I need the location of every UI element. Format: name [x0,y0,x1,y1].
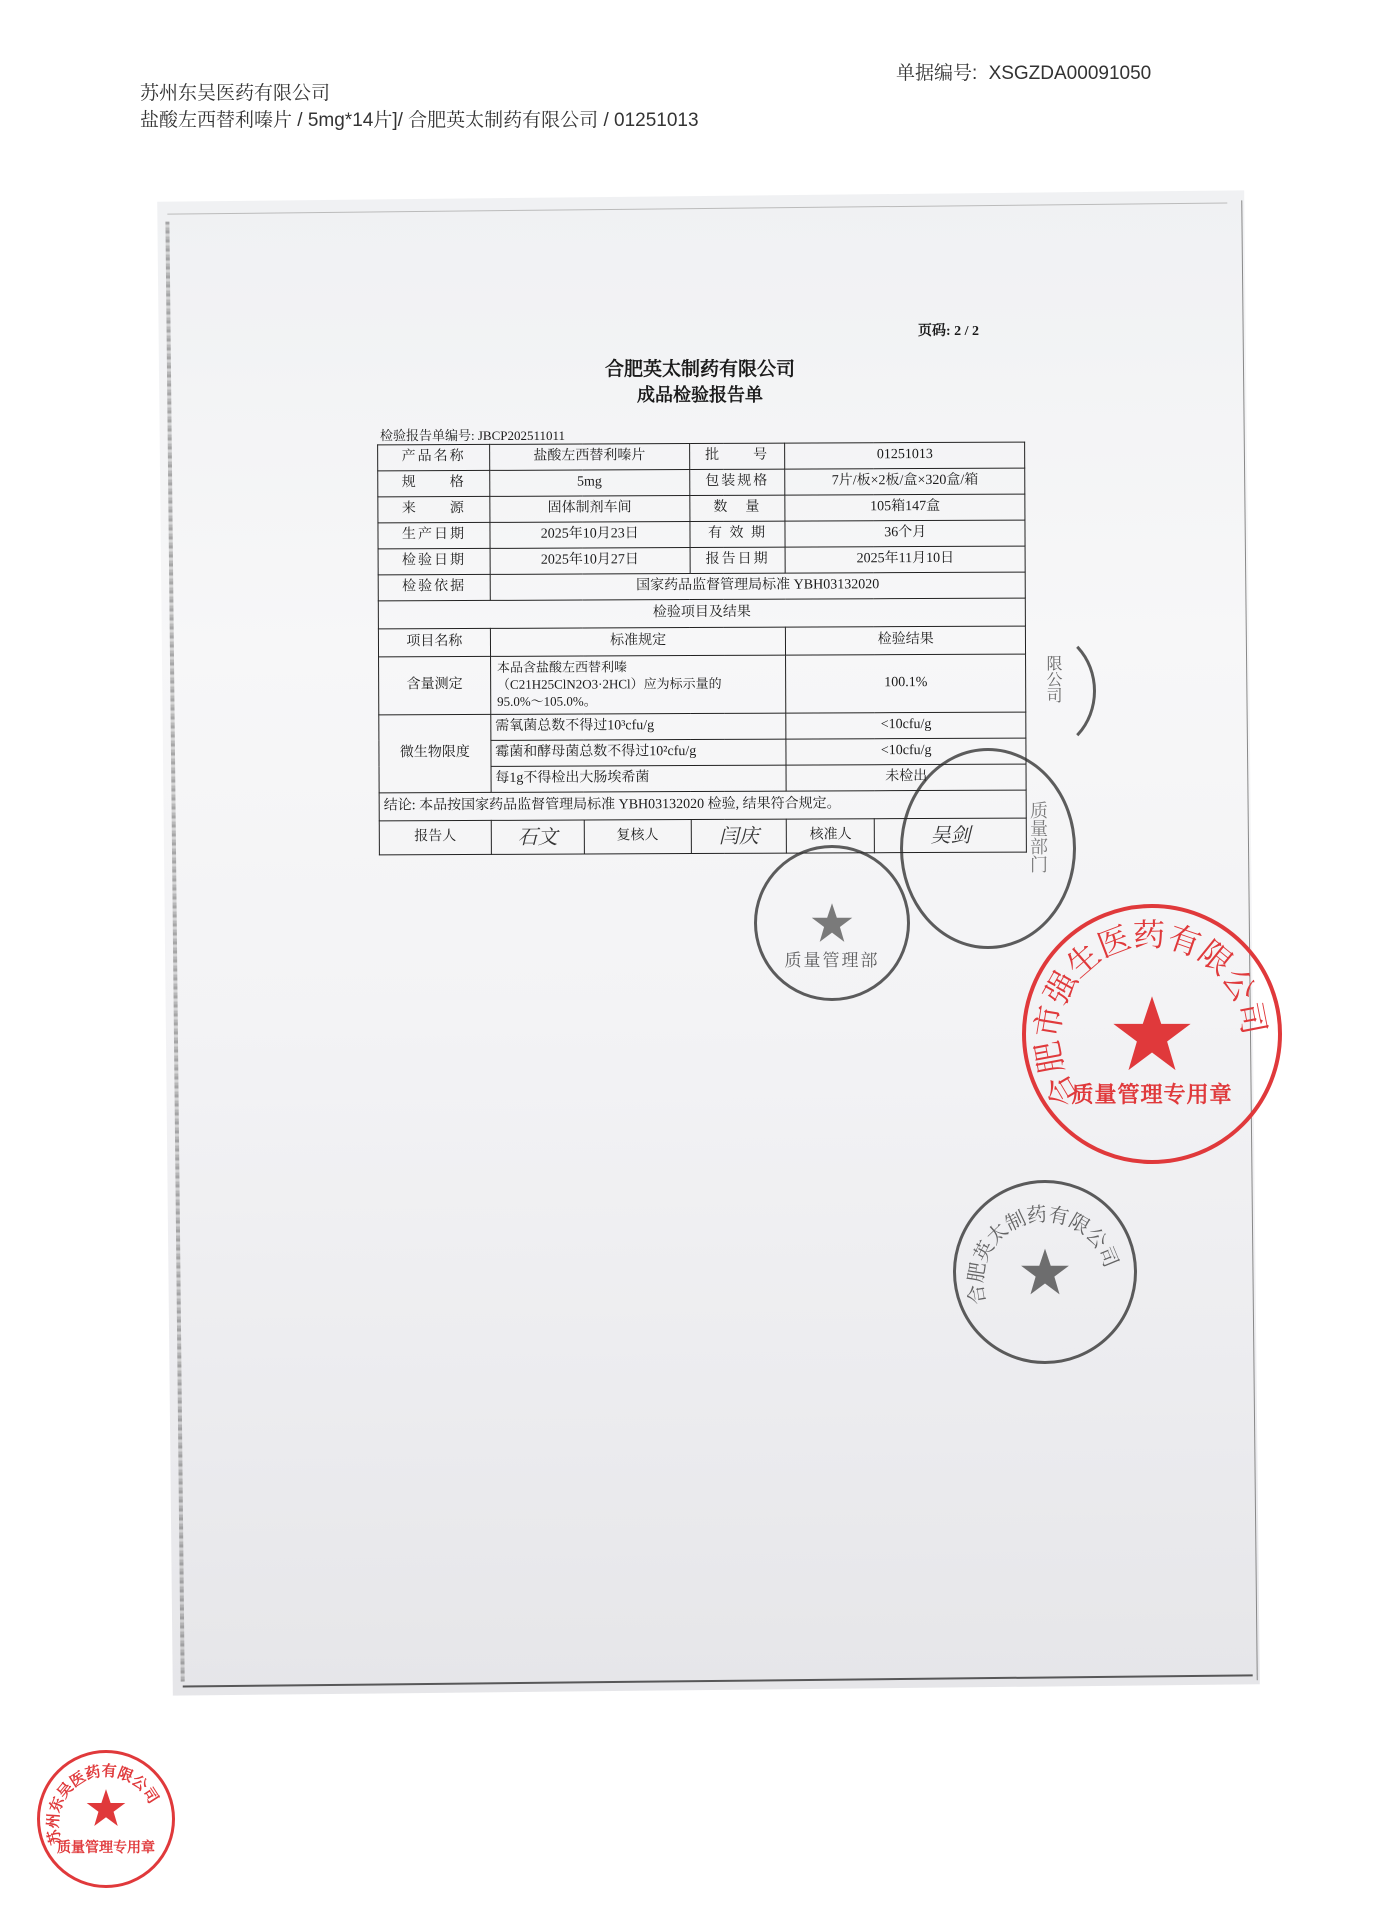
gray-stamp-right-text: 质量部门 [1025,801,1051,873]
gray-stamp-partial-text: 限公司 [1041,655,1064,703]
document-number-value: XSGZDA00091050 [989,63,1152,84]
scan-edge-bottom [183,1674,1253,1687]
section-title: 检验项目及结果 [378,598,1025,629]
micro-standard: 需氧菌总数不得过10³cfu/g [491,713,787,740]
red-stamp-main-bottom: 质量管理专用章 [1026,1078,1278,1109]
red-stamp-corner-arc: 苏州东吴医药有限公司 [40,1753,172,1885]
star-icon [810,901,854,945]
basis-value: 国家药品监督管理局标准 YBH03132020 [490,572,1025,600]
document-number: 单据编号: XSGZDA00091050 [896,58,1151,85]
info-label: 检验日期 [378,548,490,574]
test-row-micro: 微生物限度 需氧菌总数不得过10³cfu/g <10cfu/g [379,712,1026,741]
info-label: 报告日期 [690,547,786,573]
basis-row: 检验依据 国家药品监督管理局标准 YBH03132020 [378,572,1025,601]
report-number: 检验报告单编号: JBCP202511011 [380,425,565,444]
info-label: 批 号 [689,443,785,469]
test-row-assay: 含量测定 本品含盐酸左西替利嗪 （C21H25ClN2O3·2HCl）应为标示量… [379,654,1026,714]
info-row: 产品名称盐酸左西替利嗪片批 号01251013 [378,442,1025,471]
info-value: 盐酸左西替利嗪片 [489,444,689,471]
info-value: 105箱147盒 [785,494,1025,521]
scan-edge-left [165,222,184,1682]
reviewer-label: 复核人 [584,819,691,853]
info-label: 来 源 [378,496,490,522]
company-name: 苏州东吴医药有限公司 [140,78,330,105]
column-header-row: 项目名称 标准规定 检验结果 [378,626,1025,657]
red-stamp-main-arc: 合肥市强生医药有限公司 [1026,908,1278,1160]
gray-stamp-bottom-arc: 合肥英太制药有限公司 [956,1183,1134,1361]
info-value: 5mg [490,470,690,497]
section-row: 检验项目及结果 [378,598,1025,629]
gray-stamp-qa: 质量管理部 [754,845,910,1001]
info-value: 2025年11月10日 [785,546,1025,573]
info-label: 生产日期 [378,522,490,548]
svg-text:苏州东吴医药有限公司: 苏州东吴医药有限公司 [44,1762,163,1847]
info-value: 7片/板×2板/盒×320盒/箱 [785,468,1025,495]
standard-line: 95.0%～105.0%。 [497,692,780,710]
info-label: 产品名称 [378,444,490,470]
standard-line: （C21H25ClN2O3·2HCl）应为标示量的 [497,676,780,694]
red-stamp-corner: 苏州东吴医药有限公司 质量管理专用章 [37,1750,175,1888]
micro-standard: 霉菌和酵母菌总数不得过10²cfu/g [491,739,787,766]
reporter-label: 报告人 [379,820,491,854]
micro-standard: 每1g不得检出大肠埃希菌 [491,765,787,792]
product-line: 盐酸左西替利嗪片 / 5mg*14片]/ 合肥英太制药有限公司 / 012510… [140,105,699,132]
red-stamp-main: 合肥市强生医药有限公司 质量管理专用章 [1022,904,1282,1164]
report-number-label: 检验报告单编号: [380,428,475,443]
gray-stamp-partial: 限公司 [980,628,1096,754]
red-stamp-corner-bottom: 质量管理专用章 [40,1837,172,1857]
gray-stamp-bottom: 合肥英太制药有限公司 [953,1180,1137,1364]
col-header-item: 项目名称 [378,628,490,656]
document-number-label: 单据编号: [896,63,977,84]
reviewer-signature: 闫庆 [691,819,787,853]
info-row: 来 源固体制剂车间数 量105箱147盒 [378,494,1025,523]
gray-stamp-qa-text: 质量管理部 [757,946,907,971]
info-label: 数 量 [689,495,785,521]
report-title: 成品检验报告单 [400,381,1000,407]
col-header-result: 检验结果 [786,626,1026,655]
info-label: 有 效 期 [689,521,785,547]
test-standard: 本品含盐酸左西替利嗪 （C21H25ClN2O3·2HCl）应为标示量的 95.… [490,655,786,714]
scan-edge-top [167,203,1227,215]
info-label: 规 格 [378,470,490,496]
standard-line: 本品含盐酸左西替利嗪 [497,659,780,677]
info-value: 01251013 [785,442,1025,469]
info-value: 2025年10月23日 [490,522,690,549]
test-item: 含量测定 [379,656,491,714]
info-value: 36个月 [785,520,1025,547]
page-number: 页码: 2 / 2 [918,320,979,340]
manufacturer-title: 合肥英太制药有限公司 [400,354,1000,381]
svg-text:合肥英太制药有限公司: 合肥英太制药有限公司 [963,1202,1123,1307]
micro-item: 微生物限度 [379,714,491,792]
info-label: 包装规格 [689,469,785,495]
report-number-value: JBCP202511011 [478,428,565,443]
info-row: 规 格5mg包装规格7片/板×2板/盒×320盒/箱 [378,468,1025,497]
col-header-standard: 标准规定 [490,627,786,656]
info-value: 2025年10月27日 [490,548,690,575]
info-value: 固体制剂车间 [490,496,690,523]
info-row: 生产日期2025年10月23日有 效 期36个月 [378,520,1025,549]
reporter-signature: 石文 [491,820,584,854]
basis-label: 检验依据 [378,574,490,600]
info-row: 检验日期2025年10月27日报告日期2025年11月10日 [378,546,1025,575]
